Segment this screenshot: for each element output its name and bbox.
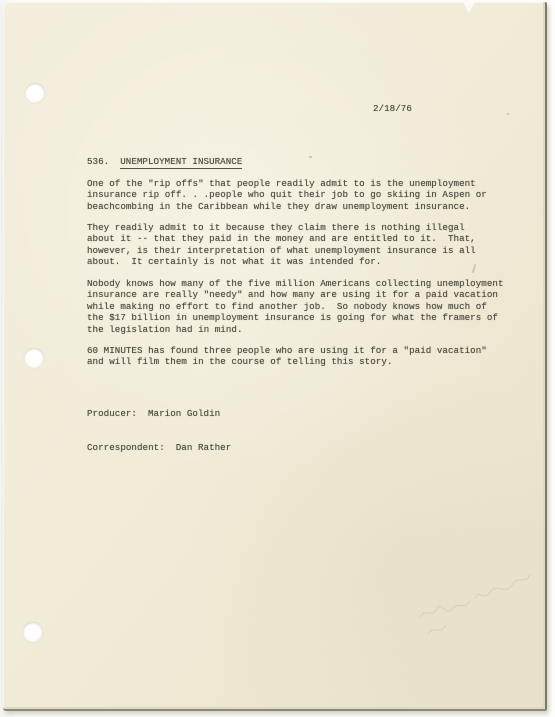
paragraph-2: They readily admit to it because they cl…: [87, 222, 476, 268]
paragraph-1: One of the "rip offs" that people readil…: [87, 178, 487, 212]
correspondent-label: Correspondent:: [87, 442, 165, 453]
producer-line: Producer:Marion Goldin: [87, 408, 231, 419]
faint-pencil-handwriting-icon: [409, 560, 545, 656]
ink-speck: [309, 156, 312, 158]
document-title-row: 536.UNEMPLOYMENT INSURANCE: [87, 156, 242, 169]
ink-speck: [507, 113, 509, 115]
paper-sheet: 2/18/76 536.UNEMPLOYMENT INSURANCE One o…: [3, 2, 547, 711]
punch-hole-middle: [24, 348, 44, 368]
punch-hole-top: [25, 83, 45, 103]
correspondent-line: Correspondent:Dan Rather: [87, 442, 231, 453]
correspondent-name: Dan Rather: [176, 442, 232, 453]
document-date: 2/18/76: [373, 103, 412, 114]
story-number: 536.: [87, 156, 109, 167]
scanned-page: 2/18/76 536.UNEMPLOYMENT INSURANCE One o…: [0, 0, 555, 717]
punch-hole-bottom: [23, 622, 43, 642]
producer-name: Marion Goldin: [148, 408, 220, 419]
paper-notch: [463, 2, 475, 13]
paragraph-4: 60 MINUTES has found three people who ar…: [87, 345, 487, 368]
document-title: UNEMPLOYMENT INSURANCE: [120, 156, 242, 169]
paragraph-3: Nobody knows how many of the five millio…: [87, 278, 504, 335]
credits-block: Producer:Marion Goldin Correspondent:Dan…: [87, 385, 231, 476]
producer-label: Producer:: [87, 408, 137, 419]
